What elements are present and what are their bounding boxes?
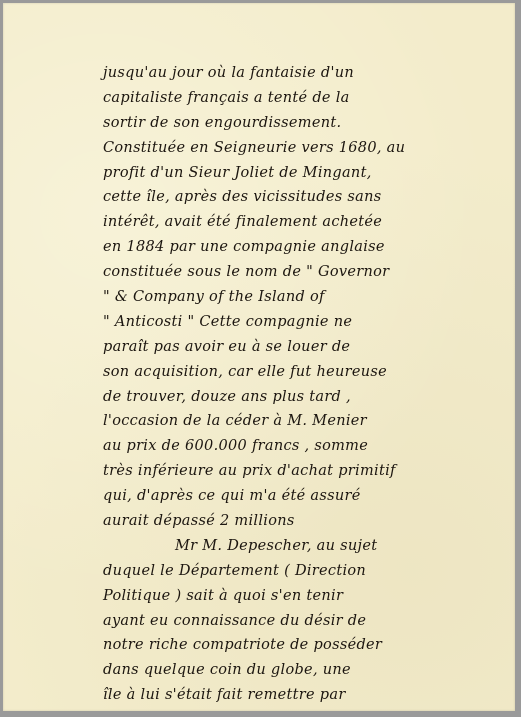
text-line: " Anticosti " Cette compagnie ne (103, 310, 443, 335)
text-line: dans quelque coin du globe, une (103, 658, 443, 683)
text-line: aurait dépassé 2 millions (103, 509, 443, 534)
text-line: duquel le Département ( Direction (103, 559, 443, 584)
text-line: en 1884 par une compagnie anglaise (103, 235, 443, 260)
text-line: l'occasion de la céder à M. Menier (103, 409, 443, 434)
text-line: " & Company of the Island of (103, 285, 443, 310)
text-line: profit d'un Sieur Joliet de Mingant, (103, 161, 443, 186)
text-line: cette île, après des vicissitudes sans (103, 185, 443, 210)
text-line: Politique ) sait à quoi s'en tenir (103, 584, 443, 609)
text-line: sortir de son engourdissement. (103, 111, 443, 136)
text-line: son acquisition, car elle fut heureuse (103, 360, 443, 385)
text-line: jusqu'au jour où la fantaisie d'un (103, 61, 443, 86)
text-line: au prix de 600.000 francs , somme (103, 434, 443, 459)
text-line: intérêt, avait été finalement achetée (103, 210, 443, 235)
text-line: de trouver, douze ans plus tard , (103, 385, 443, 410)
handwritten-text-block: jusqu'au jour où la fantaisie d'un capit… (103, 61, 443, 708)
text-line: île à lui s'était fait remettre par (103, 683, 443, 708)
text-line: constituée sous le nom de " Governor (103, 260, 443, 285)
text-line: très inférieure au prix d'achat primitif (103, 459, 443, 484)
handwritten-page: jusqu'au jour où la fantaisie d'un capit… (3, 3, 515, 711)
text-line: paraît pas avoir eu à se louer de (103, 335, 443, 360)
text-line: ayant eu connaissance du désir de (103, 609, 443, 634)
text-line: notre riche compatriote de posséder (103, 633, 443, 658)
text-line: capitaliste français a tenté de la (103, 86, 443, 111)
text-line: qui, d'après ce qui m'a été assuré (103, 484, 443, 509)
text-line: Constituée en Seigneurie vers 1680, au (103, 136, 443, 161)
paragraph-start-line: Mr M. Depescher, au sujet (103, 534, 443, 559)
